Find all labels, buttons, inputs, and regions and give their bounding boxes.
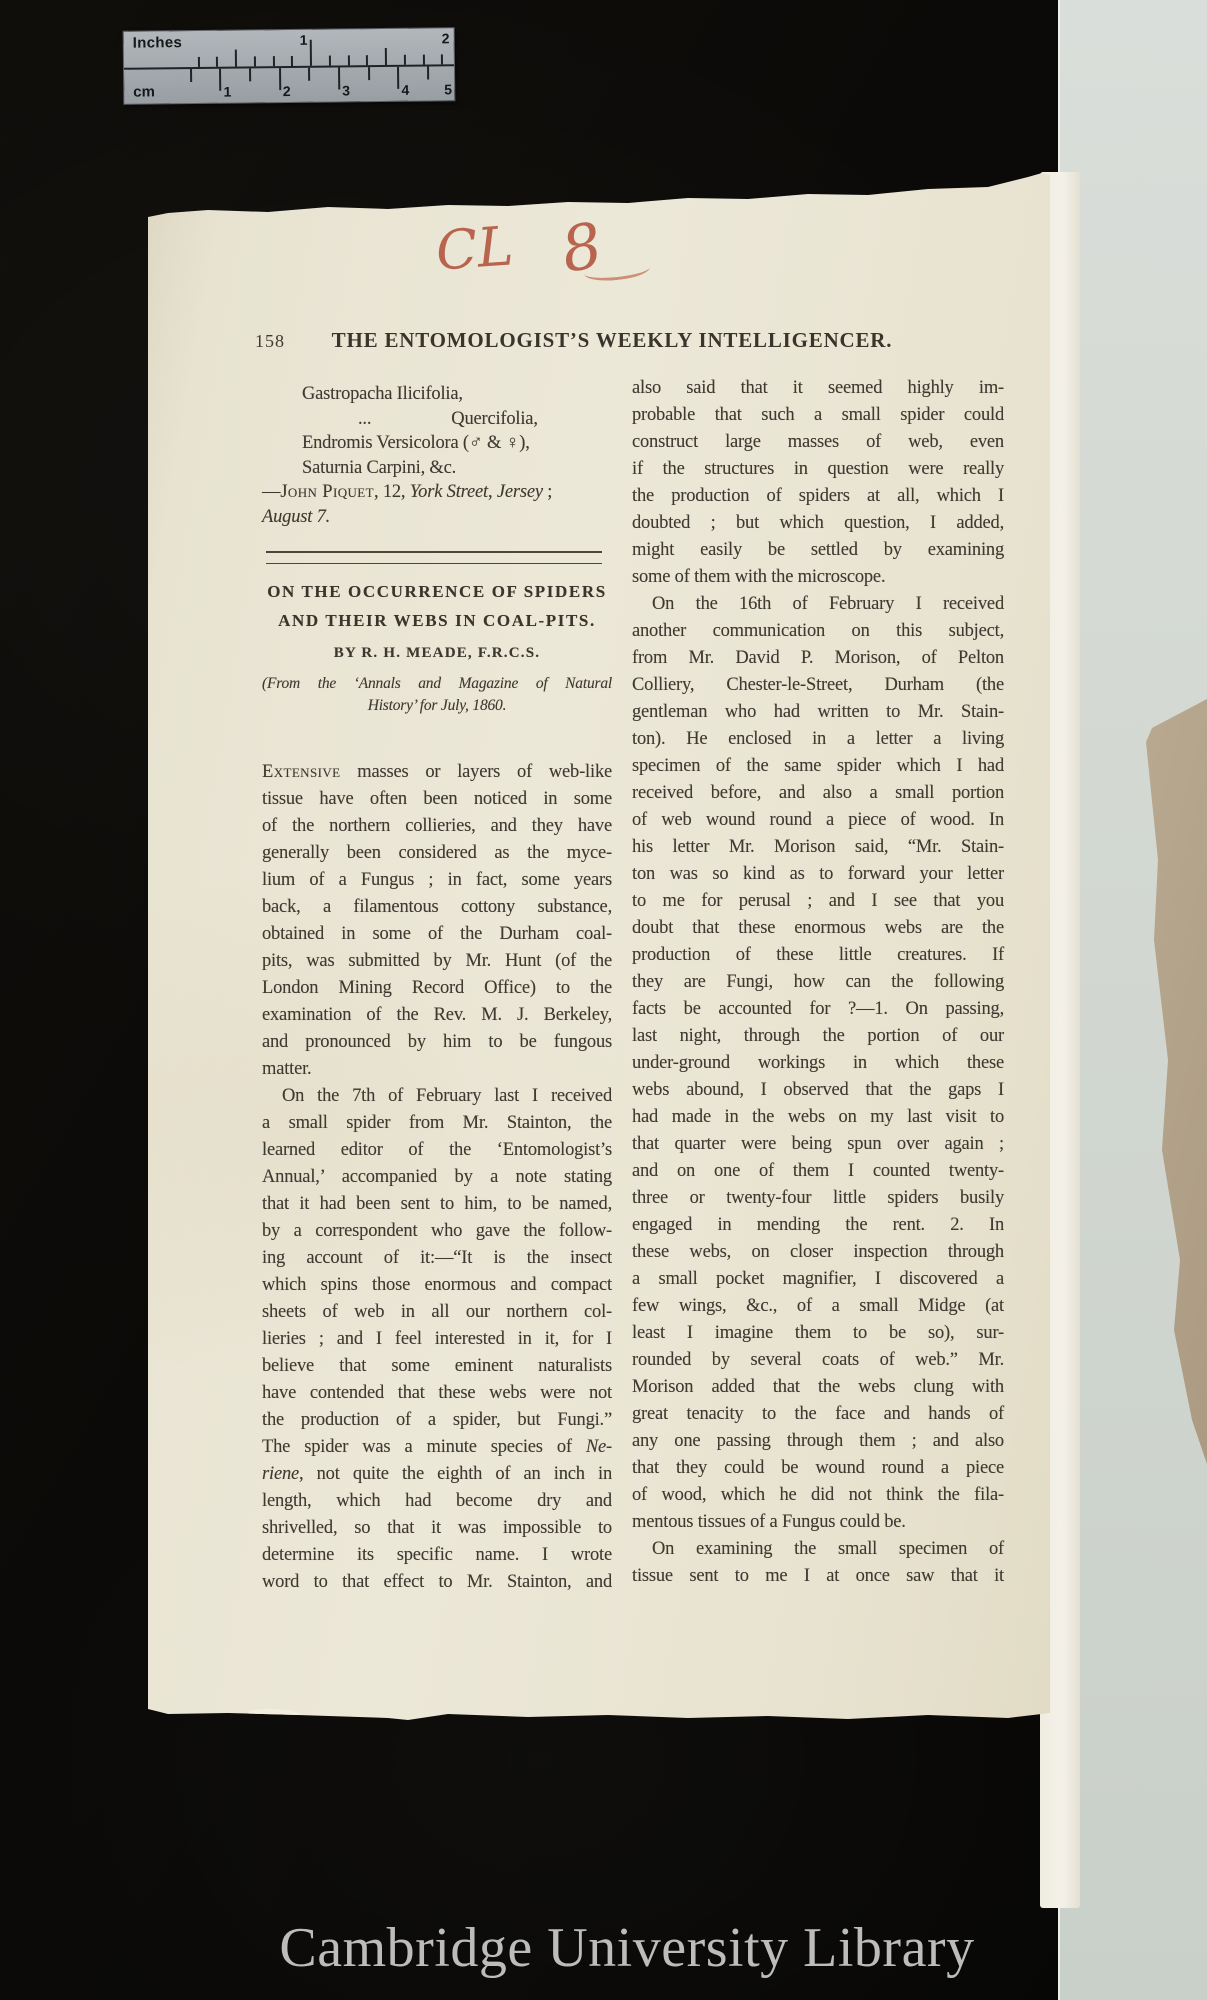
text-line: that it had been sent to him, to be name… — [262, 1191, 612, 1218]
text-line: which spins those enormous and compact — [262, 1272, 612, 1299]
ruler-cm-label: cm — [133, 83, 155, 100]
text-line: a small pocket magnifier, I discovered a — [632, 1266, 1004, 1293]
text-line: lium of a Fungus ; in fact, some years — [262, 867, 612, 894]
text-segment: Quercifolia, — [451, 409, 537, 429]
text-line: facts be accounted for ?—1. On passing, — [632, 996, 1004, 1023]
ruler-cm-number: 5 — [444, 81, 452, 97]
text-line: by a correspondent who gave the follow- — [262, 1218, 612, 1245]
text-segment: , — [488, 482, 497, 502]
article-body-left: Extensive masses or layers of web-liketi… — [262, 759, 612, 1596]
text-segment: John Piquet — [280, 482, 374, 502]
text-line: Saturnia Carpini, &c. — [262, 456, 652, 481]
text-line: of the northern collieries, and they hav… — [262, 813, 612, 840]
text-line: August 7. — [262, 505, 612, 530]
text-line: also said that it seemed highly im- — [632, 375, 1004, 402]
text-line: sheets of web in all our northern col- — [262, 1299, 612, 1326]
text-line: under-ground workings in which these — [632, 1050, 1004, 1077]
text-line: rounded by several coats of web.” Mr. — [632, 1347, 1004, 1374]
text-line: History’ for July, 1860. — [262, 695, 612, 717]
ruler-inch-tick — [216, 57, 218, 67]
text-line: On the 7th of February last I received — [262, 1083, 612, 1110]
text-line: AND THEIR WEBS IN COAL-PITS. — [262, 606, 612, 635]
text-line: obtained in some of the Durham coal- — [262, 921, 612, 948]
closing-list: Gastropacha Ilicifolia,...Quercifolia,En… — [262, 382, 612, 529]
text-line: of wood, which he did not think the fila… — [632, 1482, 1004, 1509]
ruler-cm-tick — [249, 68, 251, 81]
text-line: determine its specific name. I wrote — [262, 1542, 612, 1569]
text-line: received before, and also a small portio… — [632, 780, 1004, 807]
text-line: matter. — [262, 1056, 612, 1083]
text-line: Endromis Versicolora (♂ & ♀), — [262, 431, 652, 456]
text-line: few wings, &c., of a small Midge (at — [632, 1293, 1004, 1320]
ruler-inch-tick — [310, 40, 312, 66]
ruler-inch-tick — [441, 54, 443, 64]
handwritten-class-mark: CL — [434, 214, 515, 282]
ruler-cm-tick — [427, 67, 429, 80]
measurement-ruler: Inches cm 1212345 — [124, 28, 455, 103]
text-line: examination of the Rev. M. J. Berkeley, — [262, 1002, 612, 1029]
text-line: On the 16th of February I received — [632, 591, 1004, 618]
ruler-cm-tick — [338, 67, 340, 89]
text-segment: The spider was a minute species of — [262, 1437, 586, 1457]
text-line: mentous tissues of a Fungus could be. — [632, 1509, 1004, 1536]
ruler-cm-number: 4 — [401, 82, 409, 98]
text-segment: Ne- — [586, 1437, 612, 1457]
text-line: any one passing through them ; and also — [632, 1428, 1004, 1455]
text-line: The spider was a minute species of Ne- — [262, 1434, 612, 1461]
ruler-inch-tick — [272, 56, 274, 66]
text-line: the production of a spider, but Fungi.” — [262, 1407, 612, 1434]
article-source: (From the ‘Annals and Magazine of Natura… — [262, 673, 612, 716]
text-line: shrivelled, so that it was impossible to — [262, 1515, 612, 1542]
text-line: that quarter were being spun over again … — [632, 1131, 1004, 1158]
text-segment: riene — [262, 1464, 299, 1484]
text-line: last night, through the portion of our — [632, 1023, 1004, 1050]
ruler-cm-tick — [219, 69, 221, 91]
text-segment: Extensive — [262, 762, 340, 782]
text-line: of web wound round a piece of wood. In — [632, 807, 1004, 834]
text-line: ON THE OCCURRENCE OF SPIDERS — [262, 577, 612, 606]
text-line: London Mining Record Office) to the — [262, 975, 612, 1002]
text-line: On examining the small specimen of — [632, 1536, 1004, 1563]
text-line: and on one of them I counted twenty- — [632, 1158, 1004, 1185]
ruler-cm-number: 3 — [342, 82, 350, 98]
text-line: doubt that these enormous webs are the — [632, 915, 1004, 942]
text-line: gentleman who had written to Mr. Stain- — [632, 699, 1004, 726]
text-line: tissue have often been noticed in some — [262, 786, 612, 813]
article-byline: BY R. H. MEADE, F.R.C.S. — [262, 643, 612, 663]
article-title: ON THE OCCURRENCE OF SPIDERSAND THEIR WE… — [262, 577, 612, 635]
text-line: great tenacity to the face and hands of — [632, 1401, 1004, 1428]
text-line: length, which had become dry and — [262, 1488, 612, 1515]
text-line: if the structures in question were reall… — [632, 456, 1004, 483]
torn-paper-fragment — [1060, 0, 1207, 2000]
text-line: word to that effect to Mr. Stainton, and — [262, 1569, 612, 1596]
text-line: Annual,’ accompanied by a note stating — [262, 1164, 612, 1191]
text-line: that they could be wound round a piece — [632, 1455, 1004, 1482]
ruler-cm-tick — [279, 68, 281, 90]
section-rule — [266, 551, 602, 564]
ruler-inch-tick — [329, 56, 331, 66]
ruler-inch-tick — [347, 55, 349, 65]
text-line: Extensive masses or layers of web-like — [262, 759, 612, 786]
backing-sheet — [1058, 0, 1207, 2000]
library-watermark: Cambridge University Library — [279, 1916, 974, 1980]
text-line: from Mr. David P. Morison, of Pelton — [632, 645, 1004, 672]
text-line: ton). He enclosed in a letter a living — [632, 726, 1004, 753]
text-line: they are Fungi, how can the following — [632, 969, 1004, 996]
text-segment: ... — [358, 409, 371, 429]
scan-photograph: Inches cm 1212345 CL 8 158 THE ENTOMOLOG… — [0, 0, 1207, 2000]
text-line: a small spider from Mr. Stainton, the — [262, 1110, 612, 1137]
left-column: Gastropacha Ilicifolia,...Quercifolia,En… — [262, 375, 612, 1655]
ruler-inch-tick — [291, 56, 293, 66]
text-line: the production of spiders at all, which … — [632, 483, 1004, 510]
text-line: —John Piquet, 12, York Street, Jersey ; — [262, 480, 612, 505]
scanned-page: CL 8 158 THE ENTOMOLOGIST’S WEEKLY INTEL… — [148, 165, 1050, 1720]
text-line: production of these little creatures. If — [632, 942, 1004, 969]
ruler-inches-label: Inches — [133, 34, 183, 52]
text-segment: York Street — [410, 482, 488, 502]
paper-curl — [248, 1708, 300, 1719]
page-number: 158 — [255, 331, 285, 352]
text-line: webs abound, I observed that the gaps I — [632, 1077, 1004, 1104]
ruler-cm-tick — [190, 69, 192, 82]
text-line: and pronounced by him to be fungous — [262, 1029, 612, 1056]
text-segment: ; — [543, 482, 552, 502]
ruler-divider — [124, 64, 454, 69]
text-line: had made in the webs on my last visit to — [632, 1104, 1004, 1131]
ruler-inch-tick — [366, 55, 368, 65]
text-line: least I imagine them to be so), sur- — [632, 1320, 1004, 1347]
text-line: ton was so kind as to forward your lette… — [632, 861, 1004, 888]
ruler-inch-tick — [197, 57, 199, 67]
text-line: his letter Mr. Morison said, “Mr. Stain- — [632, 834, 1004, 861]
text-line: engaged in mending the rent. 2. In — [632, 1212, 1004, 1239]
ruler-cm-number: 1 — [223, 84, 231, 100]
text-line: believe that some eminent naturalists — [262, 1353, 612, 1380]
running-title: THE ENTOMOLOGIST’S WEEKLY INTELLIGENCER. — [312, 328, 912, 353]
ruler-inch-tick — [404, 55, 406, 65]
text-line: generally been considered as the myce- — [262, 840, 612, 867]
ruler-cm-number: 2 — [283, 83, 291, 99]
ruler-inch-tick — [235, 50, 237, 67]
ruler-inch-number: 2 — [442, 30, 450, 46]
text-segment: , not quite the eighth of an inch in — [299, 1464, 612, 1484]
text-line: have contended that these webs were not — [262, 1380, 612, 1407]
text-line: (From the ‘Annals and Magazine of Natura… — [262, 673, 612, 695]
ruler-cm-tick — [308, 68, 310, 81]
text-line: Colliery, Chester-le-Street, Durham (the — [632, 672, 1004, 699]
text-line: these webs, on closer inspection through — [632, 1239, 1004, 1266]
text-line: probable that such a small spider could — [632, 402, 1004, 429]
text-line: doubted ; but which question, I added, — [632, 510, 1004, 537]
article-body-right: also said that it seemed highly im-proba… — [632, 375, 1004, 1590]
text-line: back, a filamentous cottony substance, — [262, 894, 612, 921]
text-segment: , 12, — [374, 482, 410, 502]
text-line: Gastropacha Ilicifolia, — [262, 382, 652, 407]
text-line: another communication on this subject, — [632, 618, 1004, 645]
text-line: construct large masses of web, even — [632, 429, 1004, 456]
ruler-cm-tick — [368, 67, 370, 80]
ruler-inch-number: 1 — [300, 32, 308, 48]
text-line: three or twenty-four little spiders busi… — [632, 1185, 1004, 1212]
text-line: lieries ; and I feel interested in it, f… — [262, 1326, 612, 1353]
text-line: some of them with the microscope. — [632, 564, 1004, 591]
text-line: riene, not quite the eighth of an inch i… — [262, 1461, 612, 1488]
text-segment: masses or layers of web-like — [340, 762, 612, 782]
text-line: specimen of the same spider which I had — [632, 753, 1004, 780]
text-line: Morison added that the webs clung with — [632, 1374, 1004, 1401]
text-line: ing account of it:—“It is the insect — [262, 1245, 612, 1272]
ruler-cm-tick — [397, 67, 399, 89]
ruler-inch-tick — [385, 48, 387, 65]
text-line: learned editor of the ‘Entomologist’s — [262, 1137, 612, 1164]
text-line: to me for perusal ; and I see that you — [632, 888, 1004, 915]
text-segment: Jersey — [497, 482, 543, 502]
right-column: also said that it seemed highly im-proba… — [632, 375, 1004, 1635]
ruler-inch-tick — [254, 56, 256, 66]
ruler-inch-tick — [422, 55, 424, 65]
text-segment: — — [262, 482, 280, 502]
text-line: tissue sent to me I at once saw that it — [632, 1563, 1004, 1590]
text-line: pits, was submitted by Mr. Hunt (of the — [262, 948, 612, 975]
text-line: might easily be settled by examining — [632, 537, 1004, 564]
